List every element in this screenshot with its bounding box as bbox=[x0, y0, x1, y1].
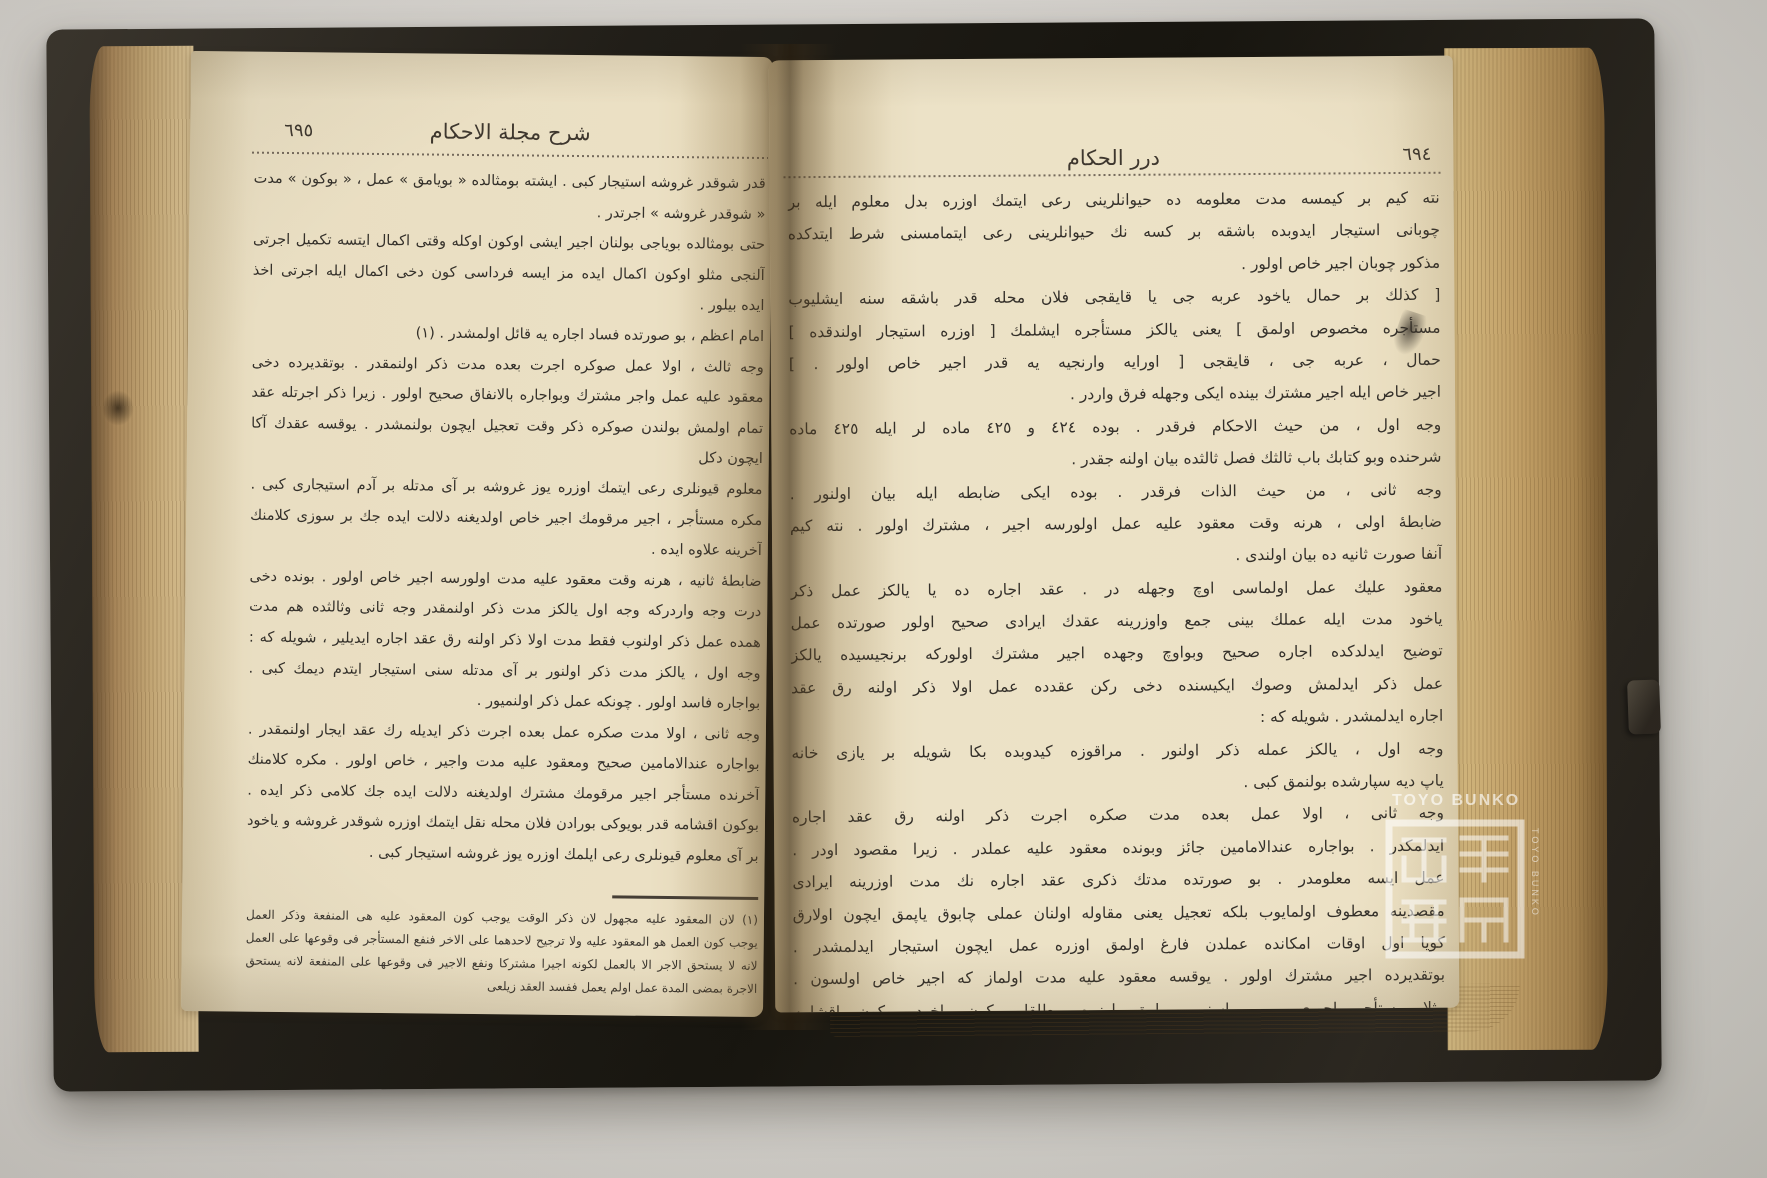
text-line: معقود عليه عمل واجر مشترك وبواجاره بالان… bbox=[251, 378, 763, 414]
text-line: عمل ايسه معلومدر . بو صورتده مدتك ذكرى ع… bbox=[792, 862, 1444, 899]
text-line: تمام اولمش بولندن صوكره ذكر وقت تعجيل اي… bbox=[251, 408, 763, 444]
text-line: نته كيم بر كيمسه مدت معلومه ده حيوانلرين… bbox=[788, 182, 1440, 219]
text-line: عمل ذكر ايدلمش وصوك ايكيسنده دخى ركن عقد… bbox=[791, 668, 1443, 705]
right-page: درر الحكام ٦٩٤ نته كيم بر كيمسه مدت معلو… bbox=[769, 56, 1460, 1013]
left-page-footnote: (١) لان المعقود عليه مجهول لان ذكر الوقت… bbox=[245, 904, 758, 1001]
text-line: الاجرة بمضى المدة عمل اولم يعمل ففسد الع… bbox=[245, 973, 757, 1001]
text-line: حتى بومثالده بوياجى بولنان اجير ايشى اوك… bbox=[253, 225, 765, 261]
left-header-rule bbox=[252, 152, 768, 159]
text-line: مستأجره مخصوص اولمق ] يعنى يالكز مستأجره… bbox=[788, 311, 1440, 348]
page-edge-stack-right bbox=[1444, 48, 1607, 1051]
text-line: وجه اول ، من حيث الاحكام فرقدر . بوده ٤٢… bbox=[789, 408, 1441, 445]
text-line: همده عمل ذكر اولنوب فقط مدت اولا ذكر اول… bbox=[249, 623, 761, 659]
text-line: مكره مستأجر ، اجير مرقومك اجير خاص اولدي… bbox=[250, 500, 762, 536]
text-line: ضابطهٔ اولى ، هرنه وقت معقود عليه عمل او… bbox=[790, 506, 1442, 543]
right-page-body: نته كيم بر كيمسه مدت معلومه ده حيوانلرين… bbox=[788, 182, 1446, 1013]
text-line: ياخود مدت ايله عملك بينى جمع واوزرينه عق… bbox=[791, 603, 1443, 640]
text-line: مذكور چوبان اجير خاص اولور . bbox=[788, 246, 1440, 283]
text-line: آنفا صورت ثانيه ده بيان اولندى . bbox=[790, 538, 1442, 575]
left-page-header: ٦٩٥ شرح مجلة الاحكام bbox=[254, 118, 766, 153]
book-clasp bbox=[1627, 679, 1661, 734]
text-line: حمال ، عربه جى ، قايقجى [ اورايه وارنجيه… bbox=[789, 344, 1441, 381]
left-page-body: قدر شوقدر غروشه استيجار كبى . ايشته بومث… bbox=[246, 164, 765, 873]
text-line: ياپ ديه سپارشده بولنمق كبى . bbox=[792, 765, 1444, 802]
left-page-title: شرح مجلة الاحكام bbox=[254, 118, 766, 147]
text-line: توضيح ايدلدكده اجاره صحيح وبواوچ وجهده ا… bbox=[791, 635, 1443, 672]
text-line: اجير خاص ايله اجير مشترك بينده ايكى وجهل… bbox=[789, 376, 1441, 413]
text-line: بر آى معلوم قيونلرى رعى ايلمك اوزره يوز … bbox=[246, 837, 758, 873]
left-page: ٦٩٥ شرح مجلة الاحكام قدر شوقدر غروشه است… bbox=[181, 51, 773, 1017]
text-line: شرحنده وبو كتابك باب ثالثك فصل ثالثده بي… bbox=[789, 441, 1441, 478]
text-line: [ كذلك بر حمال ياخود عربه جى يا قايقجى ف… bbox=[788, 279, 1440, 316]
text-line: مقصدينه معطوف اولمايوب بلكه تعجيل يعنى م… bbox=[793, 894, 1445, 931]
text-line: آلنجى مثلو اوكون اكمال ايده مز ايسه فردا… bbox=[253, 255, 765, 291]
text-line: ايدلمكدر . بواجاره عندالامامين جائز وبون… bbox=[792, 830, 1444, 867]
text-line: قدر شوقدر غروشه استيجار كبى . ايشته بومث… bbox=[254, 164, 766, 200]
text-line: كويا اول اوقات امكانده عملدن فارغ اولمق … bbox=[793, 927, 1445, 964]
text-line: وجه اول ، يالكز مدت ذكر اولنور بر آى مدت… bbox=[248, 653, 760, 689]
text-line: وجه اول ، يالكز عمله ذكر اولنور . مراقوز… bbox=[791, 732, 1443, 769]
text-line: معقود عليك عمل اولماسى اوچ وجهله در . عق… bbox=[790, 570, 1442, 607]
right-page-title: درر الحكام bbox=[787, 144, 1439, 173]
text-line: بوكون اقشامه قدر بويوكى بورادن فلان محله… bbox=[247, 806, 759, 842]
text-line: اجاره ايدلمشدر . شويله كه : bbox=[791, 700, 1443, 737]
text-line: وجه ثانى ، من حيث الذات فرقدر . بوده ايك… bbox=[790, 473, 1442, 510]
ink-smudge-left-edge bbox=[102, 390, 134, 426]
book-photograph: ٦٩٥ شرح مجلة الاحكام قدر شوقدر غروشه است… bbox=[0, 0, 1767, 1178]
text-line: وجه ثانى ، اولا عمل بعده مدت صكره اجرت ذ… bbox=[792, 797, 1444, 834]
text-line: چوبانى استيجار ايدوبده باشقه بر كسه نك ح… bbox=[788, 214, 1440, 251]
right-page-number: ٦٩٤ bbox=[1402, 144, 1431, 165]
footnote-separator bbox=[612, 895, 758, 900]
text-line: بوتقديرده اجير مشترك اولور . يوقسه معقود… bbox=[793, 959, 1445, 996]
text-line: معلوم قيونلرى رعى ايتمك اوزره يوز غروشه … bbox=[250, 470, 762, 506]
